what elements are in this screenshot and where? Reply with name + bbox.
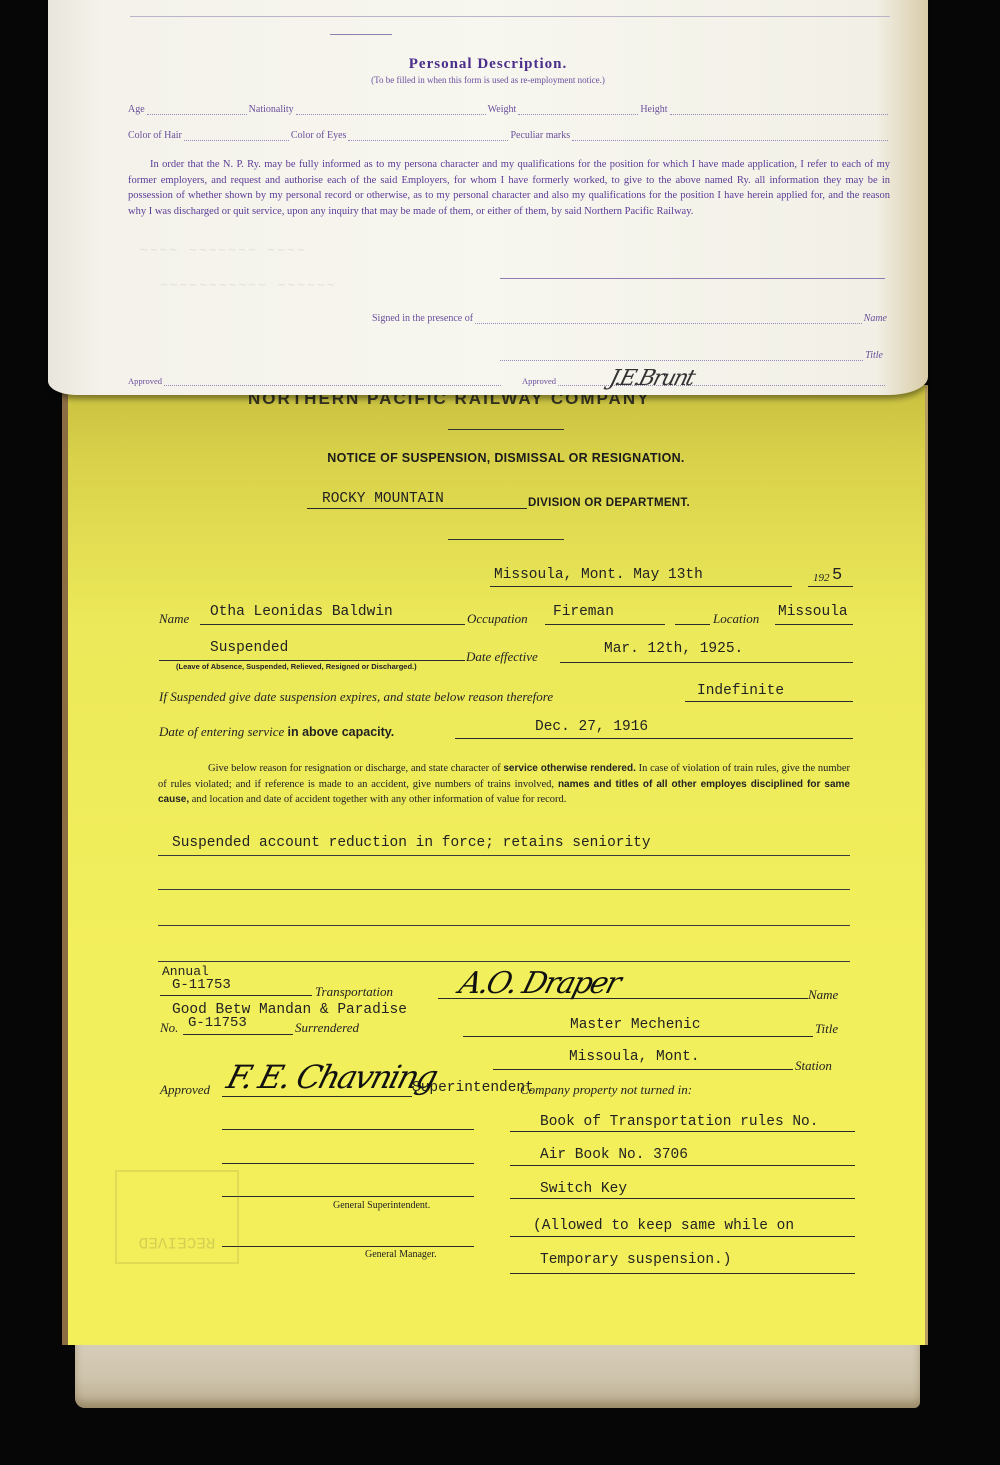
signer-signature: A.O. Draper [455, 966, 623, 1001]
place-date-field[interactable] [490, 586, 792, 587]
instr-part-3: and location and date of accident togeth… [192, 794, 567, 805]
weight-label: Weight [488, 104, 517, 115]
height-label: Height [640, 104, 667, 115]
pass-number: G-11753 [172, 977, 231, 993]
witness-title-label: Title [865, 350, 883, 361]
suspension-expiry-field[interactable] [685, 701, 853, 702]
reason-line-3[interactable] [158, 925, 850, 926]
personal-row-1: Age Nationality Weight Height [128, 104, 890, 115]
company-property-label: Company property not turned in: [520, 1082, 692, 1098]
status-note: (Leave of Absence, Suspended, Relieved, … [176, 662, 417, 671]
age-label: Age [128, 104, 145, 115]
entering-service-field[interactable] [455, 738, 853, 739]
name-field[interactable] [200, 624, 465, 625]
approved-signature-top: J.E.Brunt [607, 366, 697, 391]
property-line-4[interactable] [510, 1236, 855, 1237]
surrendered-number: G-11753 [188, 1015, 247, 1031]
suspension-expiry-label: If Suspended give date suspension expire… [159, 689, 553, 705]
name-value: Otha Leonidas Baldwin [210, 604, 393, 620]
transportation-label: Transportation [315, 984, 393, 1000]
entering-service-value: Dec. 27, 1916 [535, 719, 648, 735]
nationality-field[interactable] [296, 105, 486, 115]
notice-title: NOTICE OF SUSPENSION, DISMISSAL OR RESIG… [150, 451, 862, 465]
property-line-2[interactable] [510, 1165, 855, 1166]
date-effective-label: Date effective [466, 649, 538, 665]
age-field[interactable] [147, 105, 247, 115]
year-field[interactable] [808, 586, 853, 587]
approval-line-2[interactable] [222, 1129, 474, 1130]
approved-left-row: Approved [128, 376, 503, 386]
signed-presence-row: Signed in the presence of Name [372, 313, 887, 324]
signed-presence-label: Signed in the presence of [372, 313, 473, 324]
applicant-signature-line[interactable] [500, 278, 885, 279]
personal-description-title: Personal Description. [48, 56, 928, 73]
witness-name-field[interactable] [475, 314, 862, 324]
witness-title-row: Title [498, 350, 883, 361]
signer-title-value: Master Mechenic [570, 1017, 701, 1033]
division-label: DIVISION OR DEPARTMENT. [528, 497, 690, 509]
signer-title-field[interactable] [463, 1036, 813, 1037]
property-item-4: (Allowed to keep same while on [533, 1218, 794, 1234]
transportation-field[interactable] [160, 995, 312, 996]
personal-description-subtitle: (To be filled in when this form is used … [48, 75, 928, 85]
general-manager-label: General Manager. [365, 1249, 437, 1260]
top-short-rule [330, 34, 392, 35]
status-value: Suspended [210, 640, 288, 656]
property-item-2: Air Book No. 3706 [540, 1147, 688, 1163]
reason-line-4[interactable] [158, 961, 850, 962]
entering-service-label: Date of entering service in above capaci… [159, 724, 394, 740]
signer-name-label: Name [808, 987, 838, 1003]
personal-row-2: Color of Hair Color of Eyes Peculiar mar… [128, 130, 890, 141]
approval-line-3[interactable] [222, 1163, 474, 1164]
property-item-1: Book of Transportation rules No. [540, 1114, 818, 1130]
height-field[interactable] [670, 105, 888, 115]
witness-title-field[interactable] [500, 351, 863, 361]
reason-line-2[interactable] [158, 889, 850, 890]
occupation-value: Fireman [553, 604, 614, 620]
marks-field[interactable] [572, 131, 888, 141]
eyes-label: Color of Eyes [291, 130, 347, 141]
division-field[interactable] [307, 508, 527, 509]
instr-bold-1: service otherwise rendered. [503, 763, 635, 774]
hair-field[interactable] [184, 131, 289, 141]
division-value: ROCKY MOUNTAIN [322, 491, 444, 507]
place-date-value: Missoula, Mont. May 13th [494, 567, 703, 583]
occupation-label: Occupation [467, 611, 528, 627]
occupation-field[interactable] [545, 624, 665, 625]
received-stamp-ghost: RECEIVED [115, 1170, 239, 1264]
show-through-text: ~~~~ ~~~~~~~ ~~~~ [140, 243, 307, 258]
surrendered-no-label: No. [160, 1020, 178, 1036]
reason-text-1: Suspended account reduction in force; re… [172, 835, 651, 851]
approved-right-label: Approved [522, 376, 556, 386]
eyes-field[interactable] [348, 131, 508, 141]
general-manager-line[interactable] [222, 1246, 474, 1247]
year-suffix: 5 [832, 566, 842, 585]
top-rule [130, 16, 890, 17]
show-through-text-2: ~~~~~~~~~~~ ~~~~~~ [160, 278, 336, 293]
location-label: Location [713, 611, 759, 627]
witness-name-label: Name [864, 313, 887, 324]
date-effective-value: Mar. 12th, 1925. [604, 641, 743, 657]
location-value: Missoula [778, 604, 848, 620]
marks-label: Peculiar marks [510, 130, 570, 141]
approved-right-row: Approved [522, 376, 887, 386]
location-pre-line [675, 624, 710, 625]
property-line-5[interactable] [510, 1273, 855, 1274]
approved-field[interactable] [222, 1096, 412, 1097]
entering-service-label-italic: Date of entering service [159, 724, 284, 739]
hair-label: Color of Hair [128, 130, 182, 141]
property-line-3[interactable] [510, 1198, 855, 1199]
instr-part-1: Give below reason for resignation or dis… [208, 763, 501, 774]
general-superintendent-label: General Superintendent. [333, 1200, 430, 1211]
year-prefix: 192 [813, 572, 830, 584]
approved-label: Approved [160, 1082, 210, 1098]
rule-below-division [448, 539, 564, 540]
approved-right-field[interactable] [558, 376, 885, 386]
suspension-expiry-value: Indefinite [697, 683, 784, 699]
property-item-5: Temporary suspension.) [540, 1252, 731, 1268]
weight-field[interactable] [518, 105, 638, 115]
authorization-paragraph: In order that the N. P. Ry. may be fully… [128, 157, 890, 219]
surrendered-field[interactable] [183, 1034, 293, 1035]
rule-above-title [448, 429, 564, 430]
surrendered-label: Surrendered [295, 1020, 359, 1036]
date-effective-field[interactable] [560, 662, 853, 663]
property-line-1[interactable] [510, 1131, 855, 1132]
name-label: Name [159, 611, 189, 627]
entering-service-label-bold: in above capacity. [288, 725, 395, 739]
signer-station-field[interactable] [493, 1069, 793, 1070]
signer-station-value: Missoula, Mont. [569, 1049, 700, 1065]
general-superintendent-line[interactable] [222, 1196, 474, 1197]
reason-line-1[interactable] [158, 855, 850, 856]
location-field[interactable] [775, 624, 853, 625]
approver-signature: F. E. Chavning [223, 1058, 441, 1096]
nationality-label: Nationality [249, 104, 294, 115]
superintendent-label: Superintendent [412, 1080, 534, 1096]
approved-left-field[interactable] [164, 376, 501, 386]
status-field[interactable] [159, 660, 465, 661]
signer-station-label: Station [795, 1058, 832, 1074]
signer-title-label: Title [815, 1021, 838, 1037]
property-item-3: Switch Key [540, 1181, 627, 1197]
reason-instructions: Give below reason for resignation or dis… [158, 761, 850, 808]
approved-left-label: Approved [128, 376, 162, 386]
